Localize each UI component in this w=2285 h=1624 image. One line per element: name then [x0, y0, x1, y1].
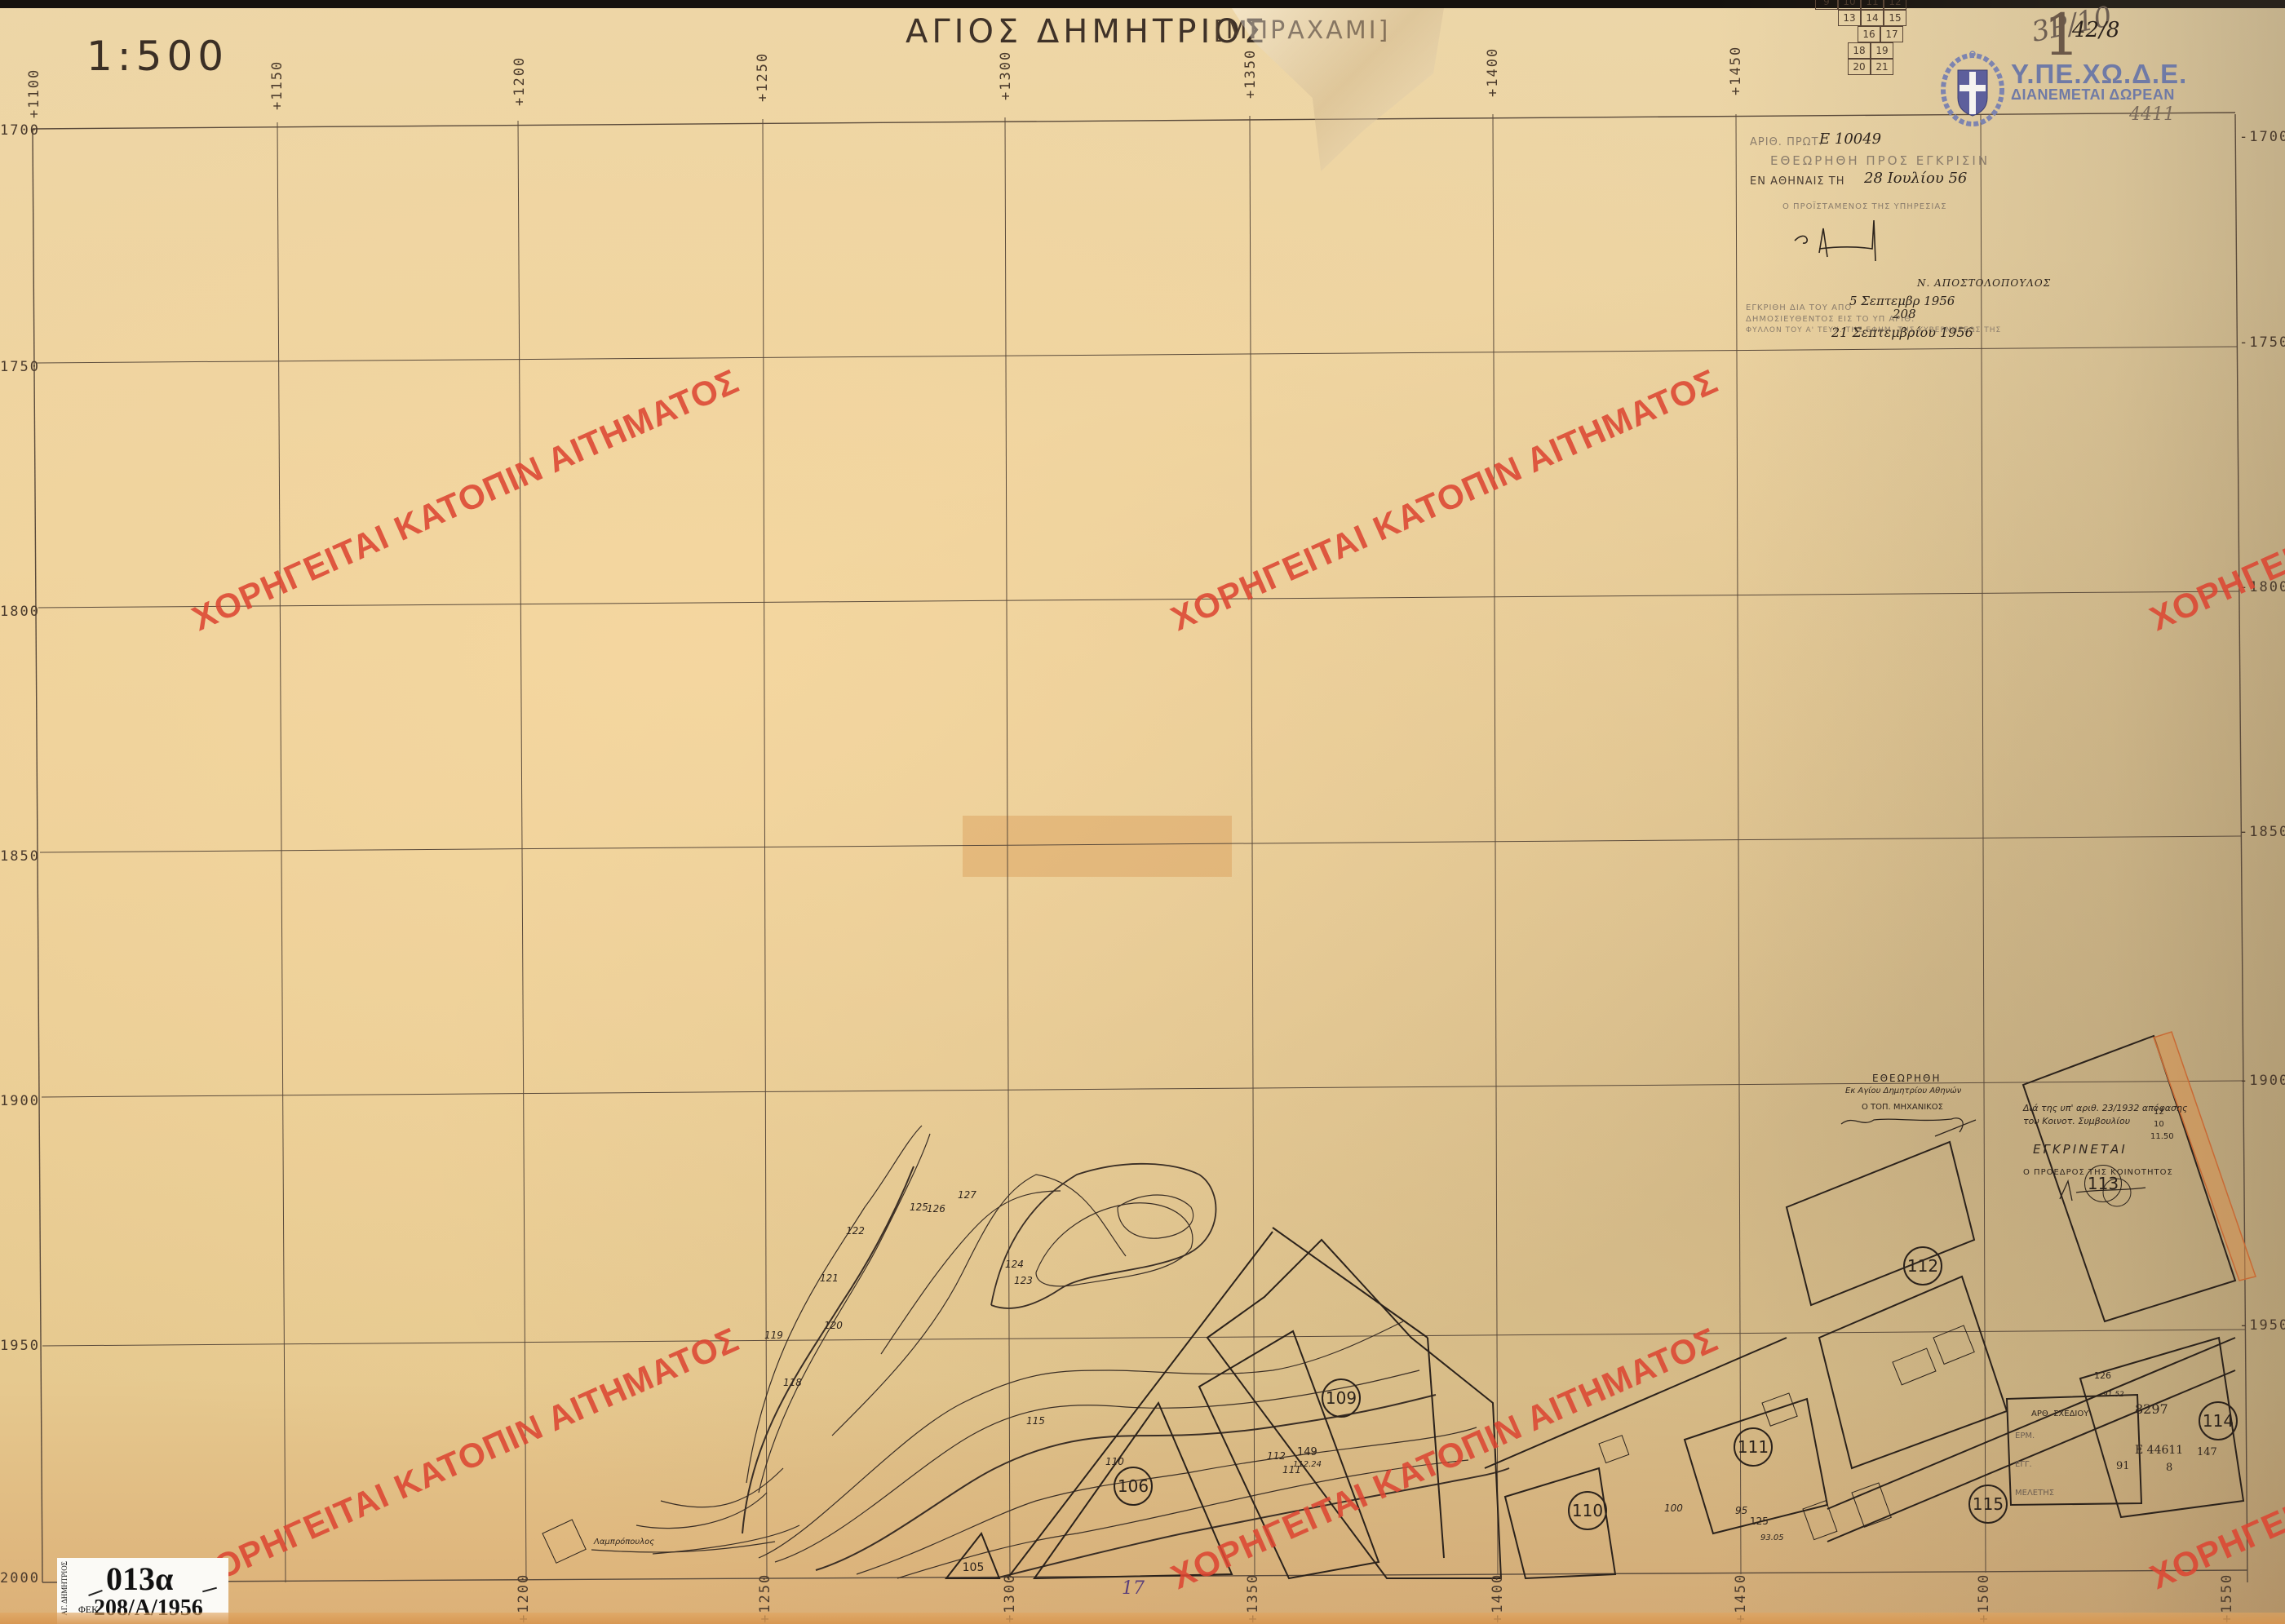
contour-label: 95 [1735, 1505, 1747, 1516]
grid-label-top: +1150 [269, 60, 286, 110]
plan-box-row: ΕΓΓ. [2015, 1460, 2032, 1469]
owner-name: Λαμπρόπουλος [594, 1538, 654, 1547]
archive-side-text: ΑΓ. ΔΗΜΗΤΡΙΟΣ [60, 1561, 69, 1616]
signatory: Ν. ΑΠΟΣΤΟΛΟΠΟΥΛΟΣ [1917, 277, 2051, 289]
grid-label-top: +1300 [998, 51, 1014, 100]
protocol-number: Ε 10049 [1819, 131, 1881, 148]
map-sheet: 1:500 ΑΓΙΟΣ ΔΗΜΗΤΡΙΟΣ [ΜΠΡΑΧΑΜΙ] +1100 +… [0, 0, 2285, 1624]
grid-label-left: 1700 [0, 122, 40, 139]
parcel-number: 115 [1968, 1485, 2008, 1524]
contour-label: 118 [783, 1377, 802, 1388]
index-cell: 15 [1884, 10, 1906, 26]
plan-number: Ε 44611 [2135, 1444, 2183, 1457]
contour-label: 110 [1105, 1456, 1124, 1467]
grid-label-top: +1400 [1485, 47, 1501, 97]
index-cell: 11 [1861, 0, 1884, 10]
index-cell: 9 [1815, 0, 1838, 10]
pencil-reference-2: 4411 [2129, 104, 2175, 125]
index-cell: 20 [1848, 59, 1871, 75]
grid-label-top: +1100 [26, 69, 42, 118]
contour-label: 119 [764, 1330, 783, 1341]
contour-label: 122 [846, 1225, 865, 1237]
archive-code: 013α [106, 1560, 173, 1598]
plan-number: 91 [2116, 1460, 2130, 1472]
grid-label-top: +1350 [1242, 49, 1259, 99]
cadastral-drawing [0, 0, 2285, 1624]
pencil-note: 17 [1122, 1578, 1145, 1599]
parcel-number: 109 [1322, 1378, 1361, 1418]
decree-label-2: ΔΗΜΟΣΙΕΥΘΕΝΤΟΣ ΕΙΣ ΤΟ ΥΠ ΑΡΙΘ. [1746, 315, 1915, 324]
ministry-tagline: ΔΙΑΝΕΜΕΤΑΙ ΔΩΡΕΑΝ [2011, 86, 2187, 104]
index-cell: 12 [1884, 0, 1906, 10]
contour-label: 127 [958, 1189, 976, 1201]
plan-box-row: ΜΕΛΕΤΗΣ [2015, 1489, 2054, 1498]
grid-label-right: -1900 [2239, 1073, 2285, 1089]
plan-number: 147 [2197, 1446, 2217, 1458]
grid-label-top: +1200 [511, 56, 528, 106]
reviewed-label: ΕΘΕΩΡΗΘΗ ΠΡΟΣ ΕΓΚΡΙΣΙΝ [1770, 153, 1990, 168]
spot-label: 149 [1297, 1446, 1317, 1458]
scan-bottom-edge [0, 1613, 2285, 1624]
approval-status: ΕΓΚΡΙΝΕΤΑΙ [2033, 1142, 2128, 1157]
grid-label-left: 1800 [0, 604, 40, 620]
decision-value: 12 [2154, 1108, 2164, 1117]
index-cell: 13 [1838, 10, 1861, 26]
grid-label-top: +1250 [755, 52, 771, 102]
contour-label: 121 [820, 1272, 839, 1284]
road-strip [2154, 1032, 2256, 1281]
grid-label-left: 1900 [0, 1093, 40, 1109]
local-approval-municipality: Εκ Αγίου Δημητρίου Αθηνών [1845, 1086, 1961, 1095]
grid-label-right: -1950 [2239, 1317, 2285, 1334]
plan-number: 8 [2166, 1462, 2172, 1474]
decision-value: 10 [2154, 1120, 2164, 1129]
ministry-stamp: Υ.ΠΕ.ΧΩ.Δ.Ε. ΔΙΑΝΕΜΕΤΑΙ ΔΩΡΕΑΝ [2011, 59, 2187, 104]
index-cell: 17 [1880, 26, 1903, 42]
signature-icon [1837, 1108, 1984, 1140]
grid-label-right: -1700 [2239, 129, 2285, 145]
contour-label: 112 [1267, 1450, 1286, 1462]
contour-label: 123 [1014, 1275, 1033, 1286]
plan-number: 8297 [2135, 1401, 2168, 1417]
local-approval-title: ΕΘΕΩΡΗΘΗ [1872, 1073, 1942, 1084]
contour-label: 115 [1026, 1415, 1045, 1427]
place-date-label: ΕΝ ΑΘΗΝΑΙΣ ΤΗ [1750, 175, 1845, 188]
decree-label-1: ΕΓΚΡΙΘΗ ΔΙΑ ΤΟΥ ΑΠΟ [1746, 303, 1852, 312]
map-scale: 1:500 [86, 33, 228, 80]
plan-box-row: ΕΡΜ. [2015, 1432, 2035, 1440]
spot-label: 125 [1750, 1516, 1769, 1527]
parcel-number: 112 [1903, 1246, 1942, 1285]
publication-date: 21 Σεπτεμβρίου 1956 [1831, 325, 1973, 340]
parcel-number: 111 [1734, 1427, 1773, 1467]
ministry-name: Υ.ΠΕ.ΧΩ.Δ.Ε. [2011, 59, 2187, 90]
spot-elevation: 112.24 [1293, 1460, 1322, 1469]
index-cell: 10 [1838, 0, 1861, 10]
decision-note-2: του Κοινοτ. Συμβουλίου [2023, 1116, 2130, 1126]
index-cell: 14 [1861, 10, 1884, 26]
grid-label-left: 2000 [0, 1570, 40, 1586]
greek-coat-of-arms-icon [1940, 47, 2005, 129]
head-label: Ο ΠΡΟΪΣΤΑΜΕΝΟΣ ΤΗΣ ΥΠΗΡΕΣΙΑΣ [1782, 202, 1947, 211]
survey-point-label: 126 [2094, 1370, 2111, 1381]
grid-label-top: +1450 [1728, 46, 1744, 95]
fek-number: 208 [1893, 307, 1916, 321]
parcel-number: 105 [961, 1560, 985, 1576]
parcel-number: 110 [1568, 1491, 1607, 1530]
index-cell: 21 [1871, 59, 1893, 75]
parcel-number: 113 [2084, 1165, 2122, 1202]
contour-label: 126 [927, 1203, 945, 1215]
signature-icon [1791, 212, 1897, 269]
place-date: 28 Ιουλίου 56 [1864, 170, 1967, 187]
dash-mark [202, 1587, 217, 1593]
spot-elevation: 93.05 [1760, 1533, 1784, 1542]
index-cell: 19 [1871, 42, 1893, 59]
grid-label-left: 1850 [0, 848, 40, 865]
grid-label-left: 1750 [0, 359, 40, 375]
contour-label: 125 [910, 1201, 928, 1213]
parcel-number: 106 [1114, 1467, 1153, 1506]
plan-box-row: ΑΡΘ. ΣΧΕΔΙΟΥ [2031, 1409, 2088, 1418]
protocol-label: ΑΡΙΘ. ΠΡΩΤ. [1750, 136, 1823, 148]
grid-label-right: -1850 [2239, 824, 2285, 840]
index-cell: 16 [1858, 26, 1880, 42]
grid-label-right: -1750 [2239, 334, 2285, 351]
parcel-number: 114 [2199, 1401, 2238, 1440]
index-cell: 18 [1848, 42, 1871, 59]
sheet-reference: 42/8 [2072, 18, 2119, 42]
contour-label: 100 [1664, 1502, 1683, 1514]
grid-label-left: 1950 [0, 1338, 40, 1354]
contour-label: 120 [824, 1320, 843, 1331]
contour-label: 124 [1005, 1259, 1024, 1270]
decision-value: 11.50 [2150, 1132, 2174, 1141]
survey-point-elevation: 91.52 [2103, 1391, 2124, 1399]
